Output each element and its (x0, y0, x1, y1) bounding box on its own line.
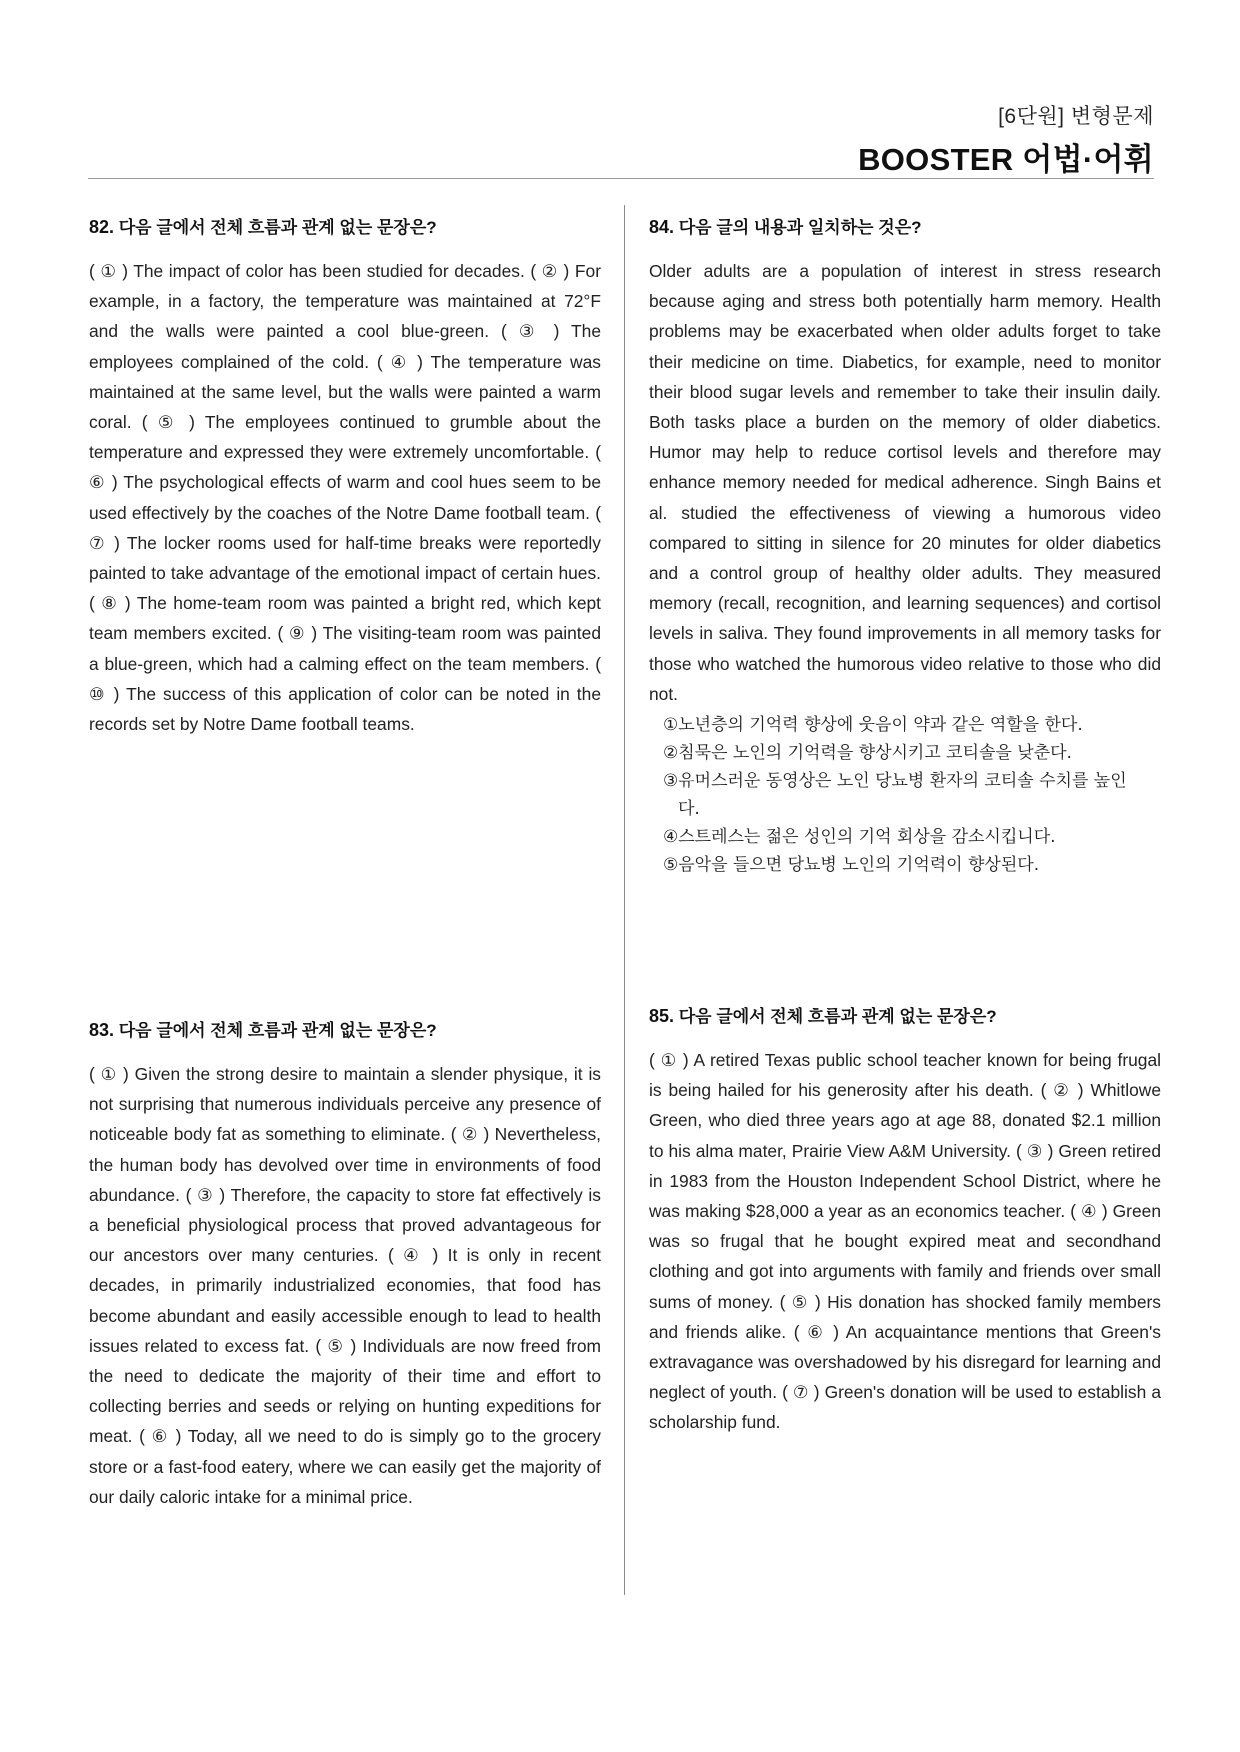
question-passage: ( ① ) Given the strong desire to maintai… (89, 1059, 601, 1512)
column-divider (624, 205, 625, 1595)
question-passage: Older adults are a population of interes… (649, 256, 1161, 709)
question-passage: ( ① ) The impact of color has been studi… (89, 256, 601, 739)
question-82: 82. 다음 글에서 전체 흐름과 관계 없는 문장은? ( ① ) The i… (89, 213, 601, 739)
page-header: [6단원] 변형문제 BOOSTER 어법·어휘 (858, 100, 1154, 179)
unit-subtitle: [6단원] 변형문제 (858, 100, 1154, 130)
question-number: 84. (649, 217, 674, 237)
answer-options: ①노년층의 기억력 향상에 웃음이 약과 같은 역할을 한다. ②침묵은 노인의… (649, 711, 1161, 879)
question-85: 85. 다음 글에서 전체 흐름과 관계 없는 문장은? ( ① ) A ret… (649, 1002, 1161, 1438)
question-number: 85. (649, 1006, 674, 1026)
question-prompt: 다음 글에서 전체 흐름과 관계 없는 문장은? (674, 1007, 997, 1026)
answer-option-3[interactable]: ③유머스러운 동영상은 노인 당뇨병 환자의 코티솔 수치를 높인 (663, 767, 1161, 795)
answer-option-2[interactable]: ②침묵은 노인의 기억력을 향상시키고 코티솔을 낮춘다. (663, 739, 1161, 767)
answer-option-5[interactable]: ⑤음악을 들으면 당뇨병 노인의 기억력이 향상된다. (663, 851, 1161, 879)
question-title: 82. 다음 글에서 전체 흐름과 관계 없는 문장은? (89, 213, 601, 238)
answer-option-1[interactable]: ①노년층의 기억력 향상에 웃음이 약과 같은 역할을 한다. (663, 711, 1161, 739)
question-number: 82. (89, 217, 114, 237)
header-divider (88, 178, 1154, 179)
answer-option-3-continuation[interactable]: 다. (663, 795, 1161, 823)
question-title: 84. 다음 글의 내용과 일치하는 것은? (649, 213, 1161, 238)
question-prompt: 다음 글에서 전체 흐름과 관계 없는 문장은? (114, 1021, 437, 1040)
question-title: 85. 다음 글에서 전체 흐름과 관계 없는 문장은? (649, 1002, 1161, 1027)
question-prompt: 다음 글에서 전체 흐름과 관계 없는 문장은? (114, 218, 437, 237)
question-prompt: 다음 글의 내용과 일치하는 것은? (674, 218, 922, 237)
question-83: 83. 다음 글에서 전체 흐름과 관계 없는 문장은? ( ① ) Given… (89, 1016, 601, 1512)
answer-option-4[interactable]: ④스트레스는 젊은 성인의 기억 회상을 감소시킵니다. (663, 823, 1161, 851)
booklet-title: BOOSTER 어법·어휘 (858, 134, 1154, 179)
question-title: 83. 다음 글에서 전체 흐름과 관계 없는 문장은? (89, 1016, 601, 1041)
question-84: 84. 다음 글의 내용과 일치하는 것은? Older adults are … (649, 213, 1161, 879)
question-number: 83. (89, 1020, 114, 1040)
question-passage: ( ① ) A retired Texas public school teac… (649, 1045, 1161, 1438)
